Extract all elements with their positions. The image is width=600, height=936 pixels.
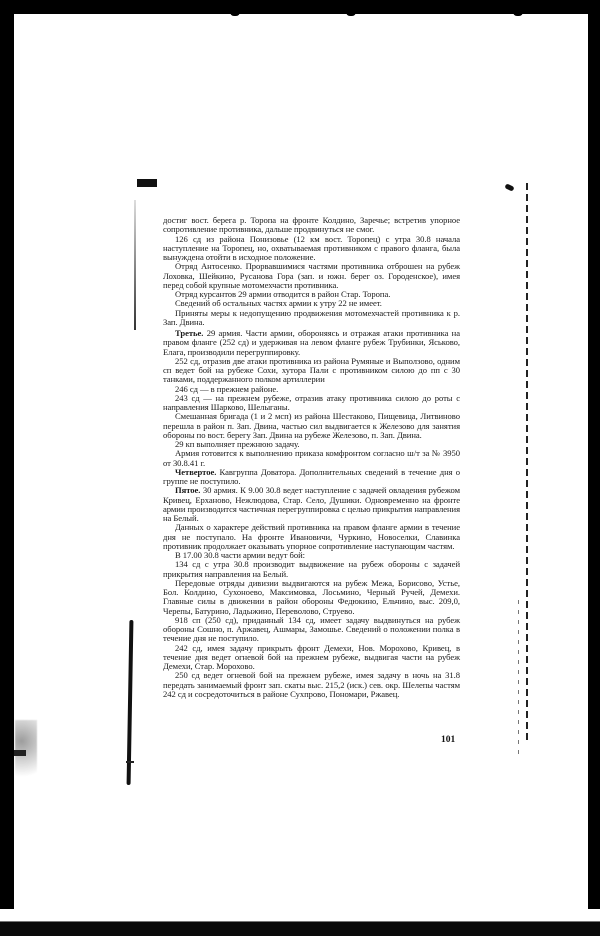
paragraph-text: 126 сд из района Понизовье (12 км вост. …: [163, 234, 460, 263]
scan-artifact: [126, 761, 134, 763]
paragraph-text: 29 армия. Части армии, обороняясь и отра…: [163, 328, 460, 357]
paragraph-text: достиг вост. берега р. Торопа на фронте …: [163, 215, 460, 234]
page-number: 101: [441, 735, 455, 745]
paragraph-text: 243 сд — на прежнем рубеже, отразив атак…: [163, 393, 460, 412]
page-edge-line: [518, 600, 519, 760]
page-bottom-margin: [0, 909, 600, 921]
scan-noise: [14, 750, 26, 756]
paragraph-text: Смешанная бригада (1 и 2 мсп) из района …: [163, 411, 460, 440]
paragraph: достиг вост. берега р. Торопа на фронте …: [163, 216, 460, 235]
paragraph-text: Отряд Антосенко. Прорвавшимися частями п…: [163, 261, 460, 290]
paragraph: Четвертое. Кавгруппа Доватора. Дополните…: [163, 468, 460, 487]
paragraph-text: 30 армия. К 9.00 30.8 ведет наступление …: [163, 485, 460, 523]
paragraph-text: 918 сп (250 сд), приданный 134 сд, имеет…: [163, 615, 460, 644]
paragraph: Пятое. 30 армия. К 9.00 30.8 ведет насту…: [163, 486, 460, 523]
paragraph-text: 134 сд с утра 30.8 производит выдвижение…: [163, 559, 460, 578]
page-edge-line: [526, 183, 528, 743]
paragraph: Отряд Антосенко. Прорвавшимися частями п…: [163, 262, 460, 290]
paragraph-text: Армия готовится к выполнению приказа ком…: [163, 448, 460, 467]
binding-shadow-line: [134, 200, 136, 330]
paragraph: 134 сд с утра 30.8 производит выдвижение…: [163, 560, 460, 579]
paragraph: 243 сд — на прежнем рубеже, отразив атак…: [163, 394, 460, 413]
paragraph-text: 250 сд ведет огневой бой на прежнем рубе…: [163, 670, 460, 699]
scan-bottom-border: [0, 921, 600, 936]
paragraph: 250 сд ведет огневой бой на прежнем рубе…: [163, 671, 460, 699]
paragraph: 126 сд из района Понизовье (12 км вост. …: [163, 235, 460, 263]
scan-mark-bar: [137, 179, 157, 187]
paragraph: 242 сд, имея задачу прикрыть фронт Демех…: [163, 644, 460, 672]
paragraph: Передовые отряды дивизии выдвигаются на …: [163, 579, 460, 616]
paragraph: Третье. 29 армия. Части армии, обороняяс…: [163, 329, 460, 357]
body-text: достиг вост. берега р. Торопа на фронте …: [163, 216, 460, 699]
paragraph: 252 сд, отразив две атаки противника из …: [163, 357, 460, 385]
paragraph-text: Данных о характере действий противника н…: [163, 522, 460, 551]
paragraph: Армия готовится к выполнению приказа ком…: [163, 449, 460, 468]
paragraph: Приняты меры к недопущению продвижения м…: [163, 309, 460, 328]
paragraph: Смешанная бригада (1 и 2 мсп) из района …: [163, 412, 460, 440]
paragraph-text: 242 сд, имея задачу прикрыть фронт Демех…: [163, 643, 460, 672]
paragraph: 918 сп (250 сд), приданный 134 сд, имеет…: [163, 616, 460, 644]
paragraph: Данных о характере действий противника н…: [163, 523, 460, 551]
paragraph-text: Приняты меры к недопущению продвижения м…: [163, 308, 460, 327]
paragraph-text: Передовые отряды дивизии выдвигаются на …: [163, 578, 460, 616]
paragraph-text: 252 сд, отразив две атаки противника из …: [163, 356, 460, 385]
